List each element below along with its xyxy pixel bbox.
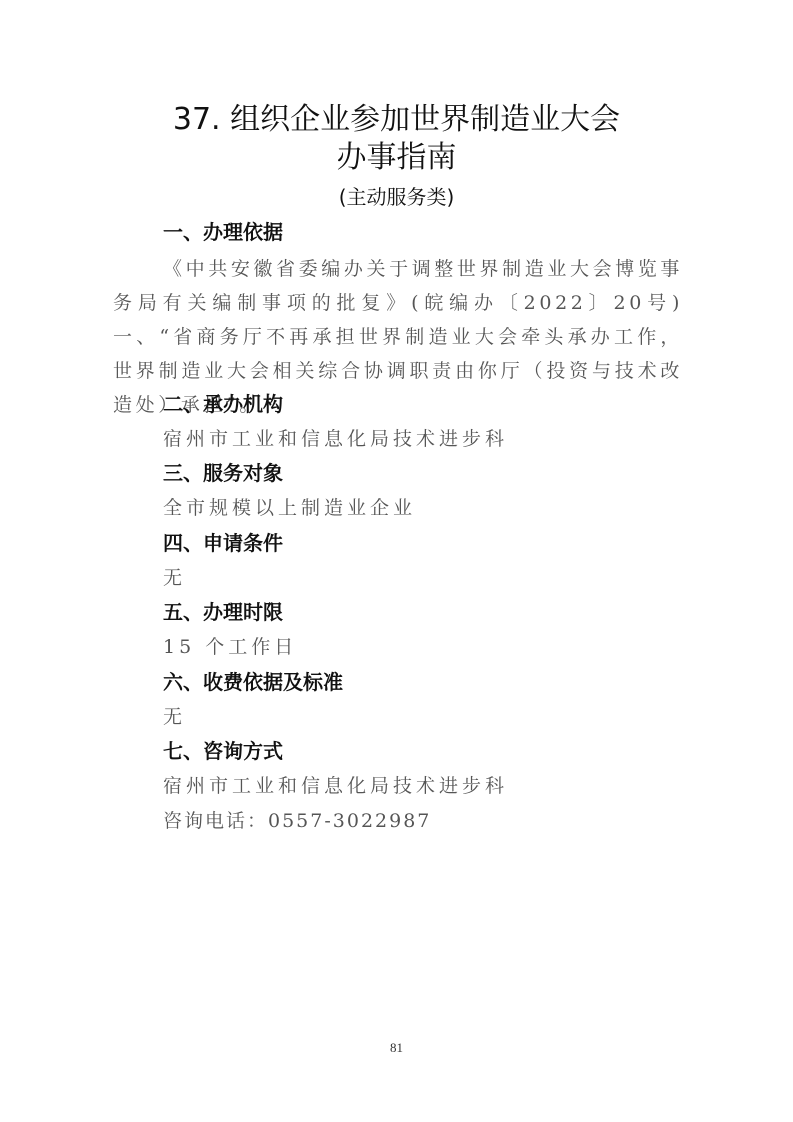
section-body-target: 全市规模以上制造业企业 [163,494,416,522]
section-body-time-limit: 15 个工作日 [163,633,297,661]
section-heading-contact: 七、咨询方式 [163,737,283,765]
section-heading-basis: 一、办理依据 [163,218,283,246]
section-heading-target: 三、服务对象 [163,459,283,487]
document-page: 37. 组织企业参加世界制造业大会 办事指南 (主动服务类) 一、办理依据 《中… [0,0,793,1122]
page-number: 81 [0,1040,793,1056]
section-body-fees: 无 [163,703,186,731]
section-heading-conditions: 四、申请条件 [163,529,283,557]
section-body-conditions: 无 [163,564,186,592]
document-subtitle: (主动服务类) [0,183,793,211]
document-title-line2: 办事指南 [0,138,793,178]
document-title: 37. 组织企业参加世界制造业大会 [0,100,793,140]
section-heading-time-limit: 五、办理时限 [163,598,283,626]
section-heading-agency: 二、承办机构 [163,390,283,418]
section-body-contact: 宿州市工业和信息化局技术进步科 [163,772,508,800]
section-body-agency: 宿州市工业和信息化局技术进步科 [163,425,508,453]
contact-phone: 咨询电话：0557-3022987 [163,807,431,835]
section-heading-fees: 六、收费依据及标准 [163,668,343,696]
